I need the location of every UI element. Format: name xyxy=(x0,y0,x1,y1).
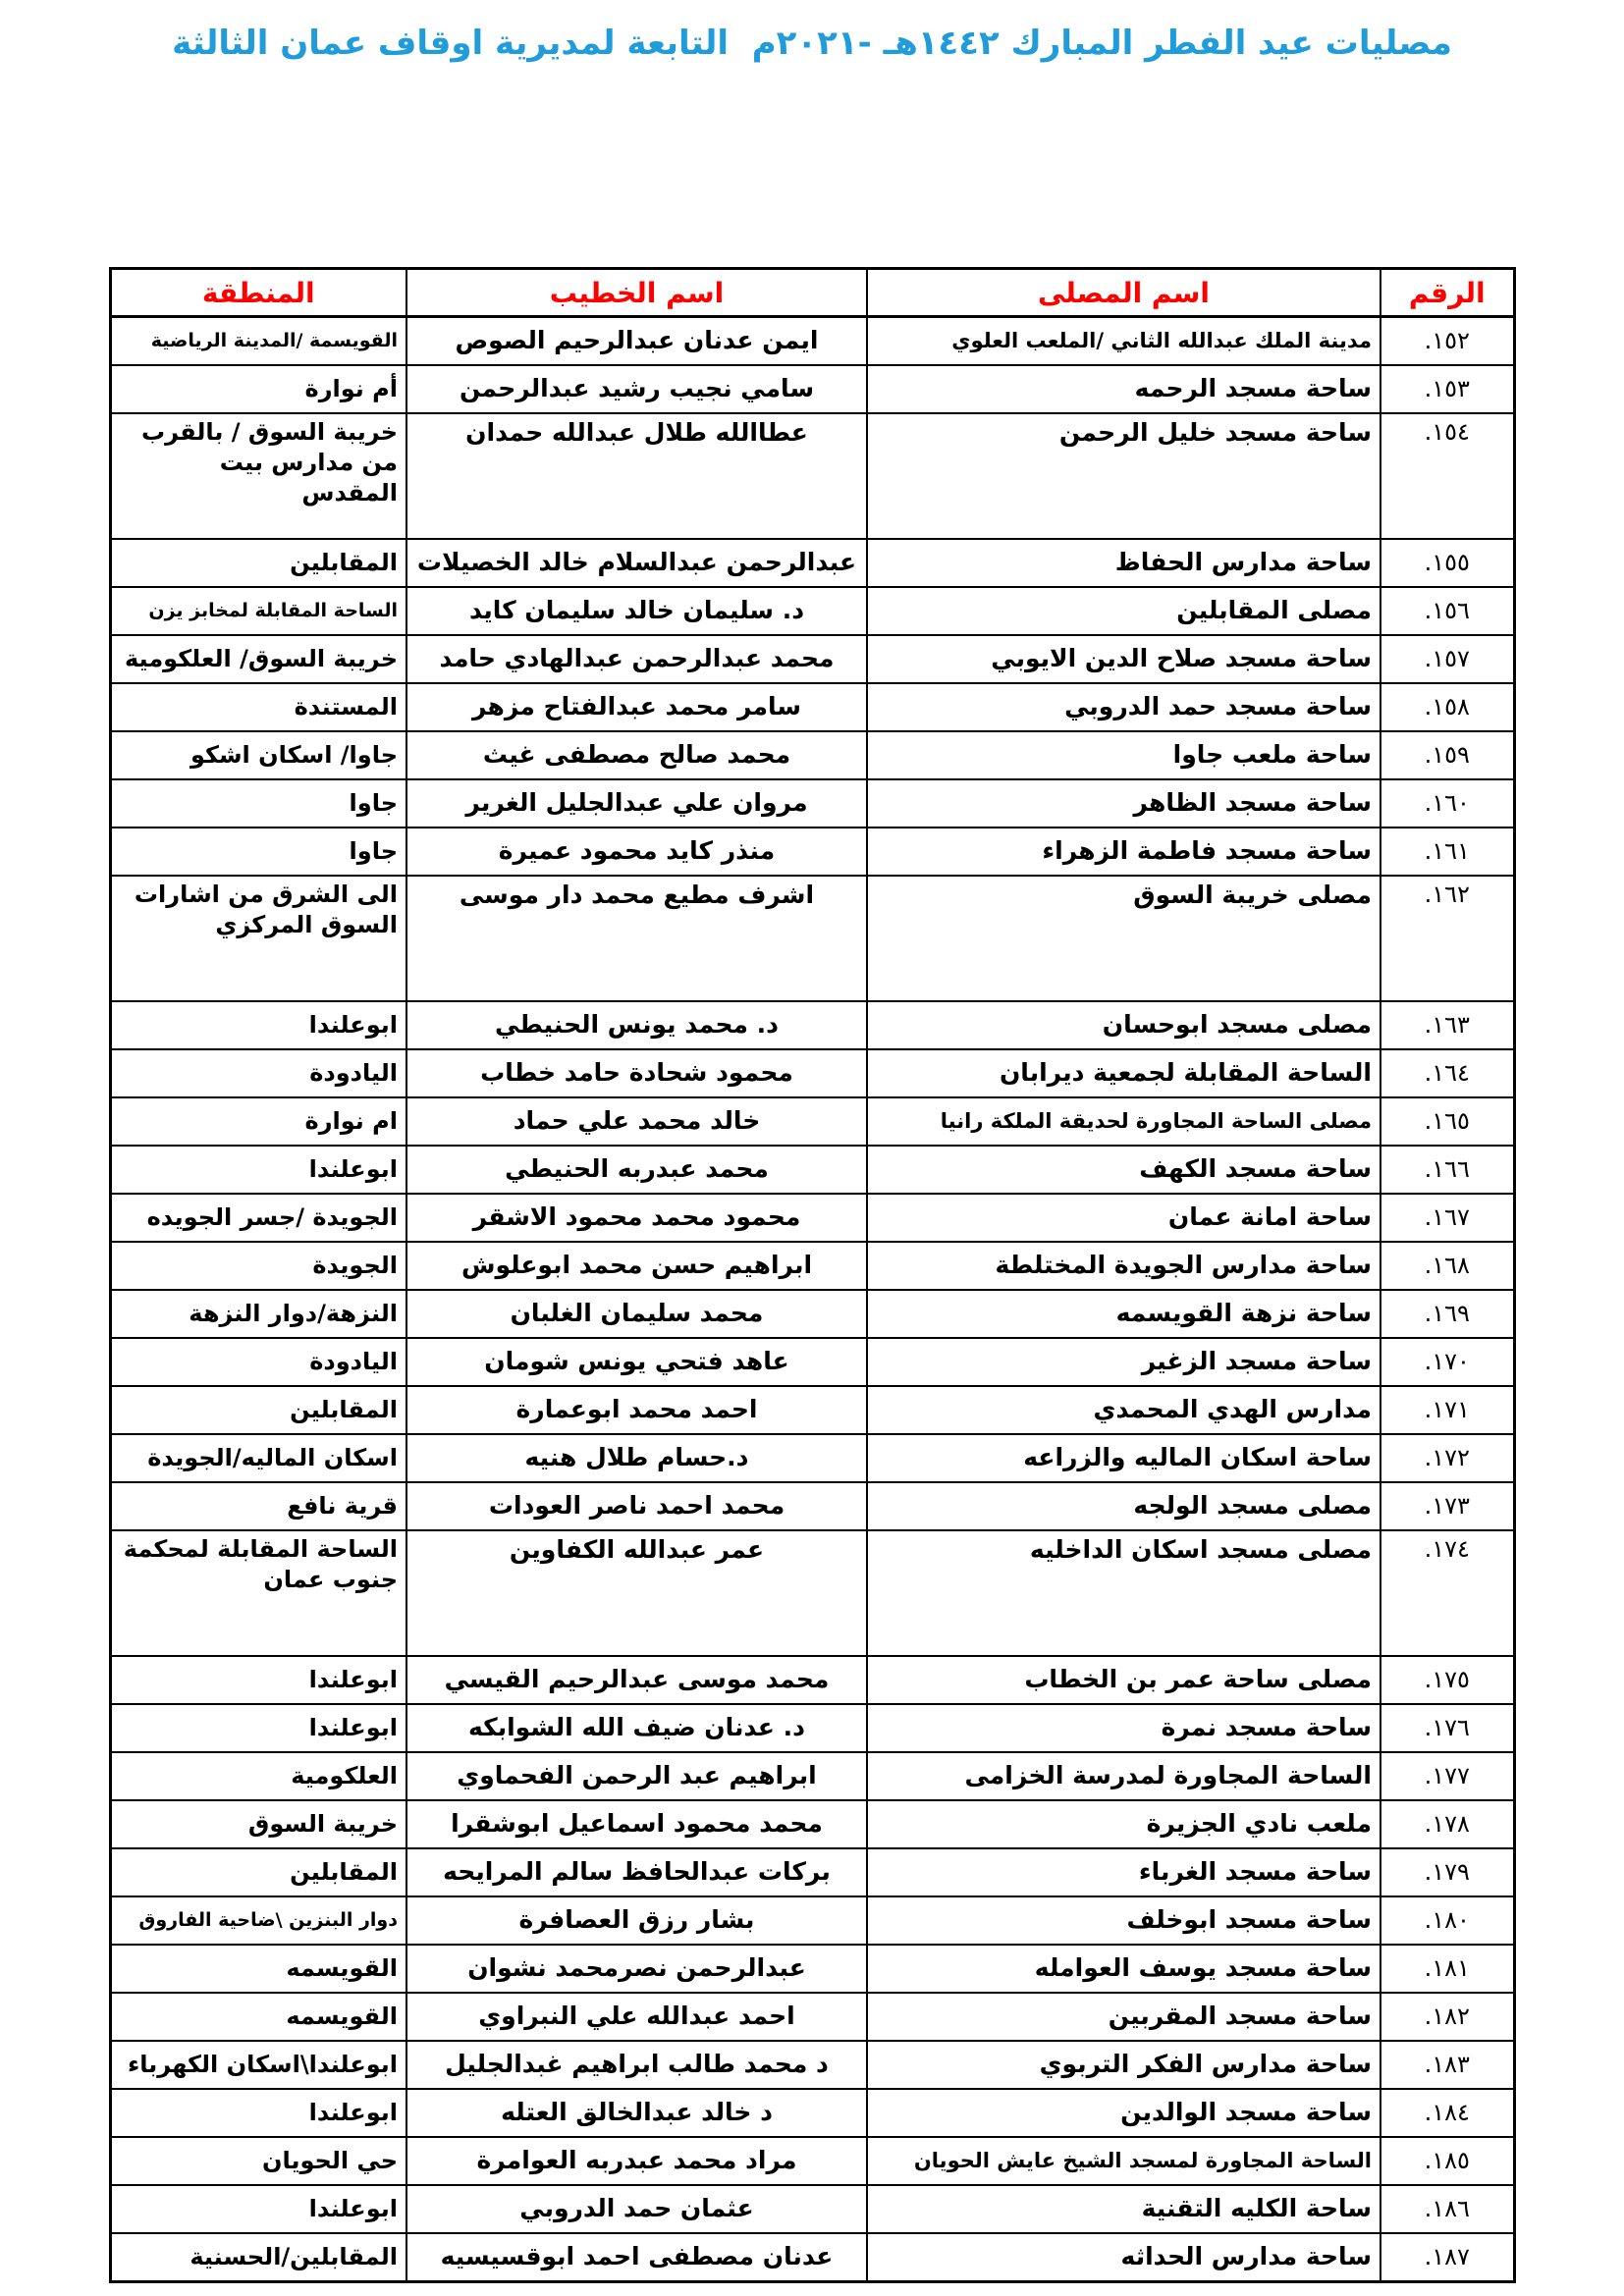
cell-mosque: ساحة مسجد يوسف العوامله xyxy=(867,1945,1380,1993)
cell-mosque: ساحة مسجد ابوخلف xyxy=(867,1896,1380,1945)
column-header-preacher: اسم الخطيب xyxy=(406,269,867,317)
cell-area: اليادودة xyxy=(110,1338,406,1386)
cell-mosque: الساحة المجاورة لمسجد الشيخ عايش الحويان xyxy=(867,2137,1380,2185)
cell-mosque: ساحة مدارس الفكر التربوي xyxy=(867,2041,1380,2089)
cell-mosque: ساحة مسجد الظاهر xyxy=(867,779,1380,828)
cell-number: ١٦٣. xyxy=(1380,1001,1514,1049)
cell-preacher: عمر عبدالله الكفاوين xyxy=(406,1530,867,1656)
cell-area: القويسمة /المدينة الرياضية xyxy=(110,317,406,366)
cell-number: ١٥٧. xyxy=(1380,635,1514,683)
cell-preacher: عبدالرحمن نصرمحمد نشوان xyxy=(406,1945,867,1993)
cell-preacher: عاهد فتحي يونس شومان xyxy=(406,1338,867,1386)
cell-number: ١٧١. xyxy=(1380,1386,1514,1434)
cell-mosque: ساحة مسجد المقربين xyxy=(867,1993,1380,2041)
cell-mosque: ساحة الكليه التقنية xyxy=(867,2185,1380,2233)
table-row: ١٦٤.الساحة المقابلة لجمعية ديرابانمحمود … xyxy=(110,1049,1514,1097)
table-row: ١٥٩.ساحة ملعب جاوامحمد صالح مصطفى غيثجاو… xyxy=(110,731,1514,779)
cell-preacher: مروان علي عبدالجليل الغرير xyxy=(406,779,867,828)
cell-number: ١٧٤. xyxy=(1380,1530,1514,1656)
table-row: ١٧٥.مصلى ساحة عمر بن الخطابمحمد موسى عبد… xyxy=(110,1656,1514,1704)
cell-mosque: ساحة امانة عمان xyxy=(867,1194,1380,1242)
table-row: ١٥٦.مصلى المقابليند. سليمان خالد سليمان … xyxy=(110,587,1514,635)
table-row: ١٦٦.ساحة مسجد الكهفمحمد عبدربه الحنيطياب… xyxy=(110,1146,1514,1194)
cell-number: ١٧٦. xyxy=(1380,1704,1514,1752)
cell-area: الجويدة xyxy=(110,1242,406,1290)
cell-number: ١٨٢. xyxy=(1380,1993,1514,2041)
cell-preacher: ايمن عدنان عبدالرحيم الصوص xyxy=(406,317,867,366)
column-header-area: المنطقة xyxy=(110,269,406,317)
cell-number: ١٦١. xyxy=(1380,828,1514,876)
cell-mosque: ساحة اسكان الماليه والزراعه xyxy=(867,1434,1380,1482)
cell-preacher: محمد محمود اسماعيل ابوشقرا xyxy=(406,1800,867,1848)
cell-number: ١٨٧. xyxy=(1380,2233,1514,2282)
table-row: ١٥٢.مدينة الملك عبدالله الثاني /الملعب ا… xyxy=(110,317,1514,366)
cell-number: ١٦٩. xyxy=(1380,1290,1514,1338)
cell-area: جاوا xyxy=(110,828,406,876)
cell-number: ١٥٦. xyxy=(1380,587,1514,635)
cell-preacher: احمد عبدالله علي النبراوي xyxy=(406,1993,867,2041)
cell-preacher: عبدالرحمن عبدالسلام خالد الخصيلات xyxy=(406,539,867,587)
cell-mosque: مصلى المقابلين xyxy=(867,587,1380,635)
cell-mosque: الساحة المقابلة لجمعية ديرابان xyxy=(867,1049,1380,1097)
cell-preacher: محمود محمد محمود الاشقر xyxy=(406,1194,867,1242)
cell-preacher: د. محمد يونس الحنيطي xyxy=(406,1001,867,1049)
table-row: ١٨٢.ساحة مسجد المقربيناحمد عبدالله علي ا… xyxy=(110,1993,1514,2041)
table-row: ١٧١.مدارس الهدي المحمدياحمد محمد ابوعمار… xyxy=(110,1386,1514,1434)
cell-mosque: ساحة ملعب جاوا xyxy=(867,731,1380,779)
cell-number: ١٧٨. xyxy=(1380,1800,1514,1848)
cell-number: ١٦٢. xyxy=(1380,876,1514,1001)
cell-mosque: ساحة مدارس الحداثه xyxy=(867,2233,1380,2282)
cell-mosque: ساحة مسجد الغرباء xyxy=(867,1848,1380,1896)
table-row: ١٥٨.ساحة مسجد حمد الدروبيسامر محمد عبدال… xyxy=(110,683,1514,731)
cell-area: ابوعلندا xyxy=(110,1146,406,1194)
cell-area: ابوعلندا xyxy=(110,2185,406,2233)
cell-number: ١٧٩. xyxy=(1380,1848,1514,1896)
cell-area: ابوعلندا xyxy=(110,2089,406,2137)
table-row: ١٨٧.ساحة مدارس الحداثهعدنان مصطفى احمد ا… xyxy=(110,2233,1514,2282)
cell-preacher: عطاالله طلال عبدالله حمدان xyxy=(406,413,867,539)
cell-number: ١٥٤. xyxy=(1380,413,1514,539)
cell-area: حي الحويان xyxy=(110,2137,406,2185)
cell-preacher: ابراهيم حسن محمد ابوعلوش xyxy=(406,1242,867,1290)
cell-number: ١٥٢. xyxy=(1380,317,1514,366)
cell-preacher: محمود شحادة حامد خطاب xyxy=(406,1049,867,1097)
cell-preacher: عثمان حمد الدروبي xyxy=(406,2185,867,2233)
cell-area: اليادودة xyxy=(110,1049,406,1097)
header-row: الرقم اسم المصلى اسم الخطيب المنطقة xyxy=(110,269,1514,317)
cell-area: خريبة السوق / بالقرب من مدارس بيت المقدس xyxy=(110,413,406,539)
table-row: ١٥٣.ساحة مسجد الرحمهسامي نجيب رشيد عبدال… xyxy=(110,365,1514,413)
cell-area: خريبة السوق/ العلكومية xyxy=(110,635,406,683)
cell-area: الساحة المقابلة لمحكمة جنوب عمان xyxy=(110,1530,406,1656)
cell-preacher: د محمد طالب ابراهيم غبدالجليل xyxy=(406,2041,867,2089)
cell-number: ١٦٥. xyxy=(1380,1097,1514,1146)
cell-mosque: الساحة المجاورة لمدرسة الخزامى xyxy=(867,1752,1380,1800)
table-row: ١٧٠.ساحة مسجد الزغيرعاهد فتحي يونس شومان… xyxy=(110,1338,1514,1386)
cell-area: دوار البنزين \ضاحية الفاروق xyxy=(110,1896,406,1945)
cell-area: المقابلين xyxy=(110,539,406,587)
cell-number: ١٦٨. xyxy=(1380,1242,1514,1290)
cell-mosque: ساحة نزهة القويسمه xyxy=(867,1290,1380,1338)
cell-area: القويسمه xyxy=(110,1945,406,1993)
cell-preacher: اشرف مطيع محمد دار موسى xyxy=(406,876,867,1001)
cell-preacher: سامي نجيب رشيد عبدالرحمن xyxy=(406,365,867,413)
table-row: ١٧٣.مصلى مسجد الولجهمحمد احمد ناصر العود… xyxy=(110,1482,1514,1530)
cell-mosque: مصلى خريبة السوق xyxy=(867,876,1380,1001)
cell-area: الساحة المقابلة لمخابز يزن xyxy=(110,587,406,635)
cell-mosque: ساحة مسجد الزغير xyxy=(867,1338,1380,1386)
cell-number: ١٧٧. xyxy=(1380,1752,1514,1800)
cell-number: ١٦٤. xyxy=(1380,1049,1514,1097)
cell-area: قرية نافع xyxy=(110,1482,406,1530)
cell-number: ١٧٢. xyxy=(1380,1434,1514,1482)
document-title: مصليات عيد الفطر المبارك ١٤٤٢هـ -٢٠٢١م ا… xyxy=(0,0,1624,63)
cell-number: ١٨٥. xyxy=(1380,2137,1514,2185)
table-row: ١٦١.ساحة مسجد فاطمة الزهراءمنذر كايد محم… xyxy=(110,828,1514,876)
cell-area: جاوا xyxy=(110,779,406,828)
cell-number: ١٥٥. xyxy=(1380,539,1514,587)
cell-mosque: مصلى مسجد اسكان الداخليه xyxy=(867,1530,1380,1656)
table-row: ١٦٩.ساحة نزهة القويسمهمحمد سليمان الغلبا… xyxy=(110,1290,1514,1338)
cell-area: جاوا/ اسكان اشكو xyxy=(110,731,406,779)
cell-preacher: د. عدنان ضيف الله الشوابكه xyxy=(406,1704,867,1752)
cell-preacher: خالد محمد علي حماد xyxy=(406,1097,867,1146)
cell-mosque: مصلى ساحة عمر بن الخطاب xyxy=(867,1656,1380,1704)
cell-area: اسكان الماليه/الجويدة xyxy=(110,1434,406,1482)
cell-preacher: محمد عبدالرحمن عبدالهادي حامد xyxy=(406,635,867,683)
cell-number: ١٧٠. xyxy=(1380,1338,1514,1386)
table-row: ١٦٢.مصلى خريبة السوقاشرف مطيع محمد دار م… xyxy=(110,876,1514,1001)
table-row: ١٨٣.ساحة مدارس الفكر التربويد محمد طالب … xyxy=(110,2041,1514,2089)
table-row: ١٦٥.مصلى الساحة المجاورة لحديقة الملكة ر… xyxy=(110,1097,1514,1146)
cell-preacher: احمد محمد ابوعمارة xyxy=(406,1386,867,1434)
cell-mosque: ساحة مسجد صلاح الدين الايوبي xyxy=(867,635,1380,683)
cell-preacher: د خالد عبدالخالق العتله xyxy=(406,2089,867,2137)
cell-number: ١٥٨. xyxy=(1380,683,1514,731)
cell-preacher: محمد احمد ناصر العودات xyxy=(406,1482,867,1530)
table-row: ١٧٧.الساحة المجاورة لمدرسة الخزامىابراهي… xyxy=(110,1752,1514,1800)
cell-mosque: مدارس الهدي المحمدي xyxy=(867,1386,1380,1434)
table-row: ١٧٩.ساحة مسجد الغرباءبركات عبدالحافظ سال… xyxy=(110,1848,1514,1896)
cell-preacher: محمد عبدربه الحنيطي xyxy=(406,1146,867,1194)
cell-preacher: محمد موسى عبدالرحيم القيسي xyxy=(406,1656,867,1704)
cell-number: ١٦٠. xyxy=(1380,779,1514,828)
cell-preacher: د. سليمان خالد سليمان كايد xyxy=(406,587,867,635)
cell-mosque: ساحة مسجد فاطمة الزهراء xyxy=(867,828,1380,876)
table-row: ١٦٣.مصلى مسجد ابوحساند. محمد يونس الحنيط… xyxy=(110,1001,1514,1049)
cell-area: القويسمه xyxy=(110,1993,406,2041)
table-body: ١٥٢.مدينة الملك عبدالله الثاني /الملعب ا… xyxy=(110,317,1514,2282)
cell-number: ١٨٦. xyxy=(1380,2185,1514,2233)
cell-area: المقابلين/الحسنية xyxy=(110,2233,406,2282)
table-row: ١٦٠.ساحة مسجد الظاهرمروان علي عبدالجليل … xyxy=(110,779,1514,828)
cell-number: ١٨٤. xyxy=(1380,2089,1514,2137)
cell-number: ١٨٣. xyxy=(1380,2041,1514,2089)
table-row: ١٦٧.ساحة امانة عمانمحمود محمد محمود الاش… xyxy=(110,1194,1514,1242)
cell-area: المستندة xyxy=(110,683,406,731)
table-row: ١٨٤.ساحة مسجد الوالديند خالد عبدالخالق ا… xyxy=(110,2089,1514,2137)
cell-preacher: محمد صالح مصطفى غيث xyxy=(406,731,867,779)
table-header-row: الرقم اسم المصلى اسم الخطيب المنطقة xyxy=(110,269,1514,317)
cell-mosque: ملعب نادي الجزيرة xyxy=(867,1800,1380,1848)
cell-area: ابوعلندا xyxy=(110,1001,406,1049)
cell-number: ١٨١. xyxy=(1380,1945,1514,1993)
cell-mosque: مصلى مسجد الولجه xyxy=(867,1482,1380,1530)
document-page: مصليات عيد الفطر المبارك ١٤٤٢هـ -٢٠٢١م ا… xyxy=(0,0,1624,2296)
table-row: ١٨٥.الساحة المجاورة لمسجد الشيخ عايش الح… xyxy=(110,2137,1514,2185)
cell-preacher: بركات عبدالحافظ سالم المرايحه xyxy=(406,1848,867,1896)
table-row: ١٨١.ساحة مسجد يوسف العواملهعبدالرحمن نصر… xyxy=(110,1945,1514,1993)
cell-mosque: ساحة مسجد الكهف xyxy=(867,1146,1380,1194)
cell-preacher: محمد سليمان الغلبان xyxy=(406,1290,867,1338)
column-header-number: الرقم xyxy=(1380,269,1514,317)
cell-mosque: ساحة مدارس الجويدة المختلطة xyxy=(867,1242,1380,1290)
cell-area: العلكومية xyxy=(110,1752,406,1800)
cell-area: ابوعلندا\اسكان الكهرباء xyxy=(110,2041,406,2089)
cell-area: النزهة/دوار النزهة xyxy=(110,1290,406,1338)
table-row: ١٨٠.ساحة مسجد ابوخلفبشار رزق العصافرةدوا… xyxy=(110,1896,1514,1945)
cell-mosque: ساحة مدارس الحفاظ xyxy=(867,539,1380,587)
cell-preacher: سامر محمد عبدالفتاح مزهر xyxy=(406,683,867,731)
cell-number: ١٧٣. xyxy=(1380,1482,1514,1530)
cell-mosque: ساحة مسجد حمد الدروبي xyxy=(867,683,1380,731)
cell-mosque: مدينة الملك عبدالله الثاني /الملعب العلو… xyxy=(867,317,1380,366)
cell-mosque: ساحة مسجد خليل الرحمن xyxy=(867,413,1380,539)
cell-preacher: بشار رزق العصافرة xyxy=(406,1896,867,1945)
cell-number: ١٥٣. xyxy=(1380,365,1514,413)
cell-area: خريبة السوق xyxy=(110,1800,406,1848)
cell-number: ١٦٦. xyxy=(1380,1146,1514,1194)
cell-area: المقابلين xyxy=(110,1386,406,1434)
cell-area: الجويدة /جسر الجويده xyxy=(110,1194,406,1242)
prayer-places-table: الرقم اسم المصلى اسم الخطيب المنطقة ١٥٢.… xyxy=(109,267,1516,2283)
cell-area: المقابلين xyxy=(110,1848,406,1896)
cell-number: ١٦٧. xyxy=(1380,1194,1514,1242)
column-header-mosque: اسم المصلى xyxy=(867,269,1380,317)
table-row: ١٥٥.ساحة مدارس الحفاظعبدالرحمن عبدالسلام… xyxy=(110,539,1514,587)
table-row: ١٧٤.مصلى مسجد اسكان الداخليهعمر عبدالله … xyxy=(110,1530,1514,1656)
cell-area: الى الشرق من اشارات السوق المركزي xyxy=(110,876,406,1001)
cell-preacher: مراد محمد عبدربه العوامرة xyxy=(406,2137,867,2185)
cell-preacher: د.حسام طلال هنيه xyxy=(406,1434,867,1482)
cell-mosque: ساحة مسجد نمرة xyxy=(867,1704,1380,1752)
cell-preacher: منذر كايد محمود عميرة xyxy=(406,828,867,876)
table-row: ١٥٤.ساحة مسجد خليل الرحمنعطاالله طلال عب… xyxy=(110,413,1514,539)
cell-area: ابوعلندا xyxy=(110,1656,406,1704)
table-row: ١٦٨.ساحة مدارس الجويدة المختلطةابراهيم ح… xyxy=(110,1242,1514,1290)
cell-number: ١٨٠. xyxy=(1380,1896,1514,1945)
cell-preacher: عدنان مصطفى احمد ابوقسيسيه xyxy=(406,2233,867,2282)
cell-mosque: ساحة مسجد الرحمه xyxy=(867,365,1380,413)
cell-number: ١٧٥. xyxy=(1380,1656,1514,1704)
cell-mosque: مصلى الساحة المجاورة لحديقة الملكة رانيا xyxy=(867,1097,1380,1146)
cell-number: ١٥٩. xyxy=(1380,731,1514,779)
table-row: ١٧٦.ساحة مسجد نمرةد. عدنان ضيف الله الشو… xyxy=(110,1704,1514,1752)
cell-area: ام نوارة xyxy=(110,1097,406,1146)
cell-area: أم نوارة xyxy=(110,365,406,413)
table-row: ١٧٢.ساحة اسكان الماليه والزراعهد.حسام طل… xyxy=(110,1434,1514,1482)
table-row: ١٧٨.ملعب نادي الجزيرةمحمد محمود اسماعيل … xyxy=(110,1800,1514,1848)
table-row: ١٨٦.ساحة الكليه التقنيةعثمان حمد الدروبي… xyxy=(110,2185,1514,2233)
cell-mosque: مصلى مسجد ابوحسان xyxy=(867,1001,1380,1049)
table-row: ١٥٧.ساحة مسجد صلاح الدين الايوبيمحمد عبد… xyxy=(110,635,1514,683)
cell-mosque: ساحة مسجد الوالدين xyxy=(867,2089,1380,2137)
cell-area: ابوعلندا xyxy=(110,1704,406,1752)
cell-preacher: ابراهيم عبد الرحمن الفحماوي xyxy=(406,1752,867,1800)
